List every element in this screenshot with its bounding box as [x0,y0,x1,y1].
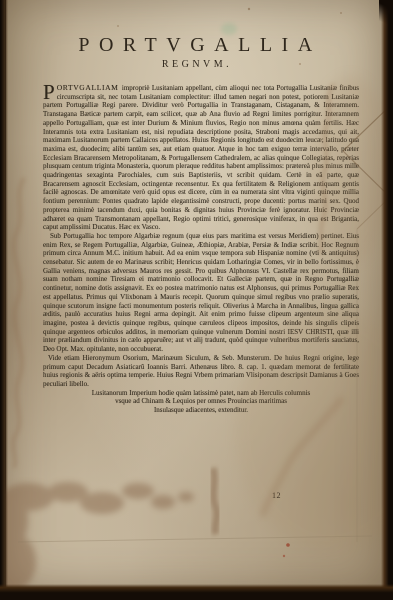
drop-cap: P [43,84,57,101]
first-word: ORTVGALLIAM [57,83,119,92]
book-edge-right [381,0,393,600]
book-edge-bottom [0,584,393,600]
page-title: PORTVGALLIA [6,34,385,57]
text-block: PORTVGALLIAM impropriè Lusitaniam appell… [43,84,359,415]
paragraph-1: PORTVGALLIAM impropriè Lusitaniam appell… [43,84,359,232]
page-subtitle: REGNVM. [6,59,385,70]
closing-line-1: Lusitanorum Imperium hodie quàm latissim… [43,389,359,398]
book-photo: PORTVGALLIA REGNVM. PORTVGALLIAM impropr… [0,0,393,600]
page-number: 12 [272,491,281,500]
book-page: PORTVGALLIA REGNVM. PORTVGALLIAM impropr… [6,0,385,592]
book-corner-top-right [379,0,393,30]
paragraph-2: Sub Portugallia hoc tempore Algarbiæ reg… [43,232,359,354]
paragraph-3: Vide etiam Hieronymum Osorium, Marinæum … [43,354,359,389]
closing-line-3: Insulasque adiacentes, extenditur. [43,406,359,415]
closing-line-2: vsque ad Chinam & Lequios per omnes Prou… [43,397,359,406]
book-edge-left [0,0,8,600]
paragraph-1-text: impropriè Lusitaniam appellant, cùm alio… [43,84,359,231]
